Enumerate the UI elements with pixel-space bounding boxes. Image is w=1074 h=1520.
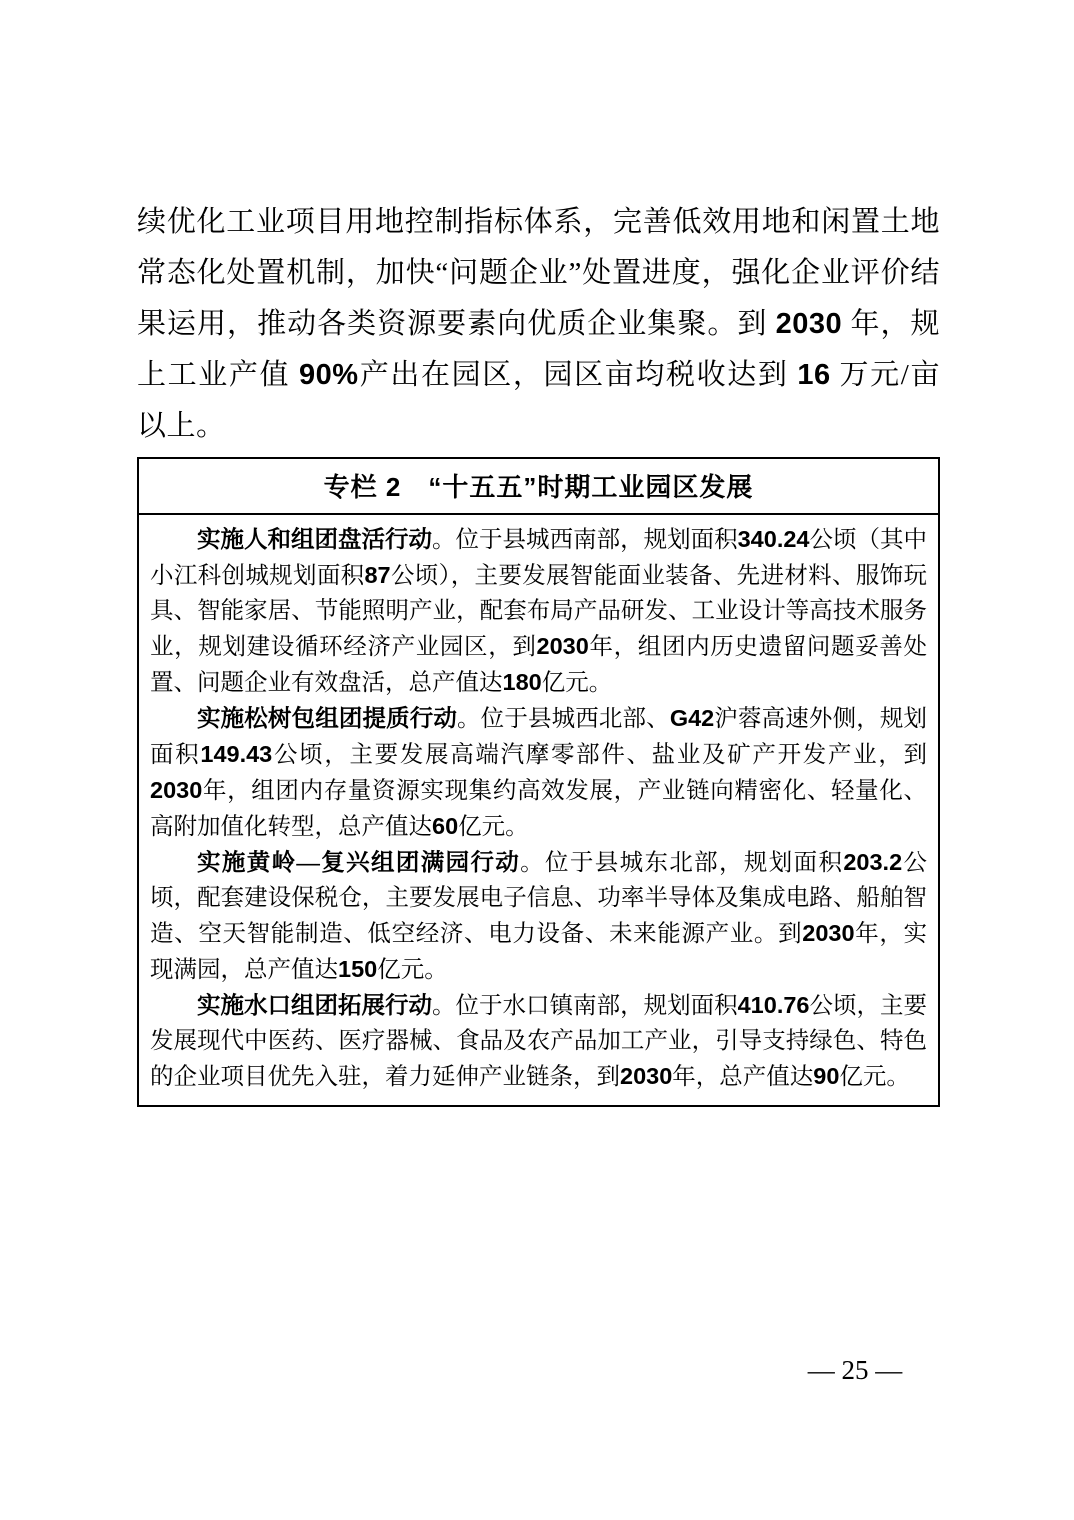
paragraph-lead: 实施松树包组团提质行动 <box>197 706 457 732</box>
page-number: — 25 — <box>790 1355 920 1386</box>
paragraph-lead: 实施黄岭—复兴组团满园行动 <box>197 850 520 876</box>
callout-paragraph: 实施水口组团拓展行动。位于水口镇南部，规划面积410.76公顷，主要发展现代中医… <box>150 988 927 1095</box>
callout-box-title: 专栏 2 “十五五”时期工业园区发展 <box>139 459 938 515</box>
callout-box: 专栏 2 “十五五”时期工业园区发展 实施人和组团盘活行动。位于县城西南部，规划… <box>137 457 940 1107</box>
callout-paragraph: 实施人和组团盘活行动。位于县城西南部，规划面积340.24公顷（其中小江科创城规… <box>150 522 927 701</box>
intro-paragraph: 续优化工业项目用地控制指标体系，完善低效用地和闲置土地常态化处置机制，加快“问题… <box>137 197 940 452</box>
page-content: 续优化工业项目用地控制指标体系，完善低效用地和闲置土地常态化处置机制，加快“问题… <box>137 197 940 1107</box>
document-page: 续优化工业项目用地控制指标体系，完善低效用地和闲置土地常态化处置机制，加快“问题… <box>0 0 1074 1520</box>
callout-paragraph: 实施松树包组团提质行动。位于县城西北部、G42沪蓉高速外侧，规划面积149.43… <box>150 701 927 845</box>
callout-box-body: 实施人和组团盘活行动。位于县城西南部，规划面积340.24公顷（其中小江科创城规… <box>139 515 938 1105</box>
paragraph-lead: 实施水口组团拓展行动 <box>197 993 432 1019</box>
paragraph-lead: 实施人和组团盘活行动 <box>197 527 432 553</box>
callout-paragraph: 实施黄岭—复兴组团满园行动。位于县城东北部，规划面积203.2公顷，配套建设保税… <box>150 845 927 988</box>
